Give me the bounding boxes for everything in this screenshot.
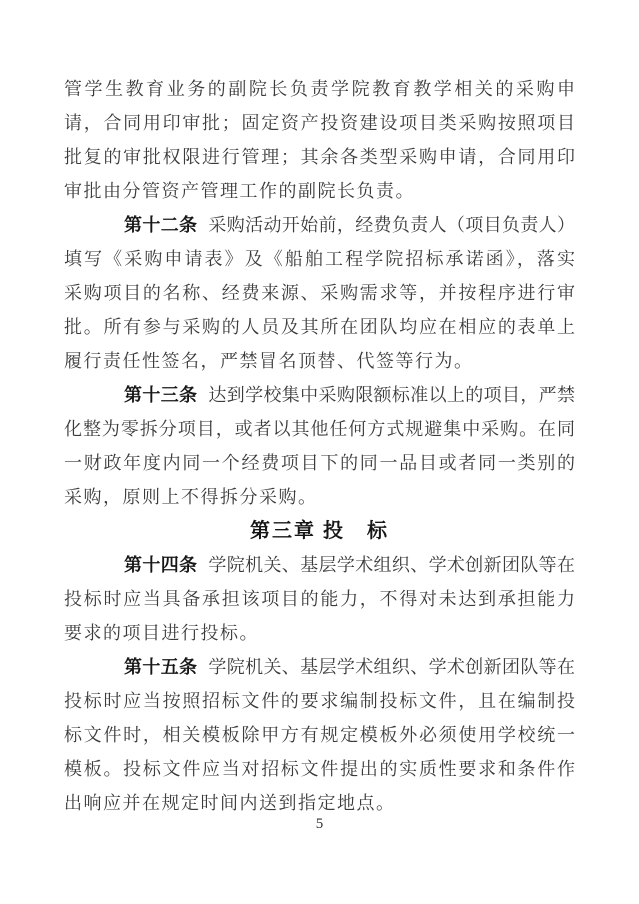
chapter-heading: 第三章 投 标 <box>64 514 575 548</box>
page-number: 5 <box>0 816 639 833</box>
article-label: 第十三条 <box>124 385 197 405</box>
article-label: 第十二条 <box>124 215 197 235</box>
text-line: 批。所有参与采购的人员及其所在团队均应在相应的表单上 <box>64 310 575 344</box>
article-first-text: 学院机关、基层学术组织、学术创新团队等在 <box>208 657 575 677</box>
article-first-text: 学院机关、基层学术组织、学术创新团队等在 <box>208 555 575 575</box>
text-line: 管学生教育业务的副院长负责学院教育教学相关的采购申 <box>64 72 575 106</box>
text-line: 模板。投标文件应当对招标文件提出的实质性要求和条件作 <box>64 752 575 786</box>
text-line: 投标时应当按照招标文件的要求编制投标文件，且在编制投 <box>64 684 575 718</box>
text-line: 投标时应当具备承担该项目的能力，不得对未达到承担能力 <box>64 582 575 616</box>
article-first-line: 第十二条采购活动开始前，经费负责人（项目负责人） <box>64 208 575 242</box>
text-line: 出响应并在规定时间内送到指定地点。 <box>64 786 575 820</box>
text-line: 填写《采购申请表》及《船舶工程学院招标承诺函》，落实 <box>64 242 575 276</box>
text-line: 采购项目的名称、经费来源、采购需求等，并按程序进行审 <box>64 276 575 310</box>
article-first-text: 达到学校集中采购限额标准以上的项目，严禁 <box>208 385 575 405</box>
document-page: 管学生教育业务的副院长负责学院教育教学相关的采购申 请，合同用印审批；固定资产投… <box>0 0 639 904</box>
article-label: 第十四条 <box>124 555 197 575</box>
article-label: 第十五条 <box>124 657 197 677</box>
article-first-text: 采购活动开始前，经费负责人（项目负责人） <box>208 215 575 235</box>
text-line: 化整为零拆分项目，或者以其他任何方式规避集中采购。在同 <box>64 412 575 446</box>
article-first-line: 第十五条学院机关、基层学术组织、学术创新团队等在 <box>64 650 575 684</box>
article-first-line: 第十四条学院机关、基层学术组织、学术创新团队等在 <box>64 548 575 582</box>
text-line: 采购，原则上不得拆分采购。 <box>64 480 575 514</box>
text-line: 请，合同用印审批；固定资产投资建设项目类采购按照项目 <box>64 106 575 140</box>
text-line: 审批由分管资产管理工作的副院长负责。 <box>64 174 575 208</box>
text-line: 标文件时，相关模板除甲方有规定模板外必须使用学校统一 <box>64 718 575 752</box>
page-body: 管学生教育业务的副院长负责学院教育教学相关的采购申 请，合同用印审批；固定资产投… <box>64 72 575 820</box>
text-line: 批复的审批权限进行管理；其余各类型采购申请，合同用印 <box>64 140 575 174</box>
text-line: 一财政年度内同一个经费项目下的同一品目或者同一类别的 <box>64 446 575 480</box>
text-line: 要求的项目进行投标。 <box>64 616 575 650</box>
article-first-line: 第十三条达到学校集中采购限额标准以上的项目，严禁 <box>64 378 575 412</box>
text-line: 履行责任性签名，严禁冒名顶替、代签等行为。 <box>64 344 575 378</box>
